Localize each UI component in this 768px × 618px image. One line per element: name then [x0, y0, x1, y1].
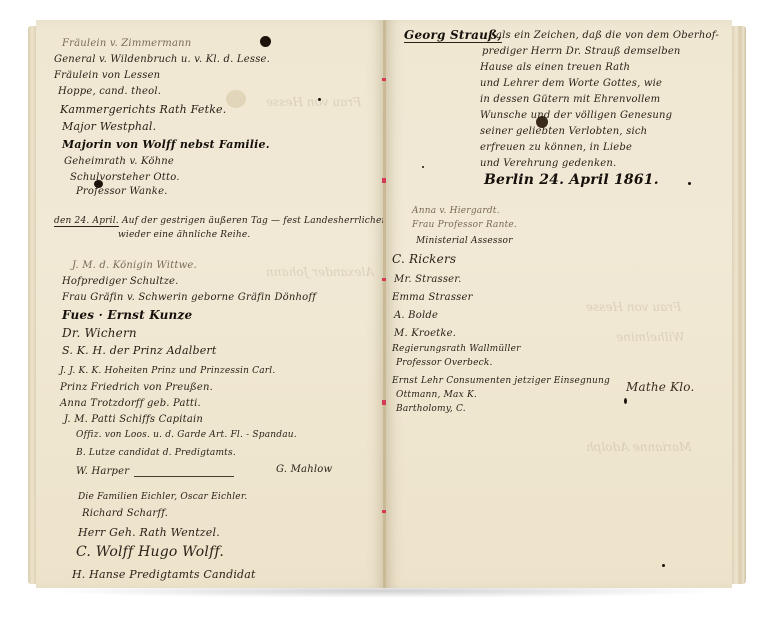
ink-dot [662, 564, 665, 567]
entry-line: J. J. K. K. Hoheiten Prinz und Prinzessi… [60, 366, 275, 376]
right-page: Frau von Hesse Wilhelmine Marianne Adolp… [386, 20, 732, 588]
entry-line: Anna Trotzdorff geb. Patti. [60, 398, 201, 409]
entry-line: Ottmann, Max K. [396, 390, 477, 400]
entry-line: Bartholomy, C. [396, 404, 466, 414]
entry-line: Mr. Strasser. [394, 274, 462, 285]
signature: Georg Strauß, [404, 28, 502, 43]
entry-line: Hofprediger Schultze. [62, 276, 179, 287]
entry-line: Geheimrath v. Köhne [64, 156, 174, 167]
entry-line: Anna v. Hiergardt. [412, 206, 500, 216]
entry-line: Frau Professor Rante. [412, 220, 517, 230]
entry-line: Fräulein v. Zimmermann [62, 38, 191, 49]
entry-line: S. K. H. der Prinz Adalbert [62, 344, 217, 357]
signature-line [134, 476, 234, 477]
right-page-stack [732, 26, 746, 584]
entry-line: Ministerial Assessor [416, 236, 513, 246]
entry-line: A. Bolde [394, 310, 438, 321]
entry-line: Hoppe, cand. theol. [58, 86, 161, 97]
ink-blot [260, 36, 271, 47]
ink-dot [624, 398, 627, 404]
bleed-through-signature: Mathe Klo. [626, 380, 695, 394]
entry-line: Dr. Wichern [62, 326, 137, 340]
entry-line: General v. Wildenbruch u. v. Kl. d. Less… [54, 54, 270, 65]
dedication-line: erfreuen zu können, in Liebe [480, 142, 632, 153]
entry-line: C. Rickers [392, 252, 456, 266]
dedication-line: seiner geliebten Verlobten, sich [480, 126, 647, 137]
dedication-line: in dessen Gütern mit Ehrenvollem [480, 94, 660, 105]
entry-line: W. Harper [76, 466, 129, 477]
dedication-line: prediger Herrn Dr. Strauß demselben [482, 46, 681, 57]
dedication-line: als ein Zeichen, daß die von dem Oberhof… [496, 30, 719, 41]
ink-dot [688, 182, 691, 185]
dedication-line: Wunsche und der völligen Genesung [480, 110, 672, 121]
entry-line: Professor Wanke. [76, 186, 168, 197]
entry-line: Fues · Ernst Kunze [62, 308, 192, 322]
entry-line: J. M. d. Königin Wittwe. [72, 260, 197, 271]
date-label: den 24. April. [54, 216, 119, 227]
entry-line: Die Familien Eichler, Oscar Eichler. [78, 492, 247, 502]
entry-line: Frau Gräfin v. Schwerin geborne Gräfin D… [62, 292, 316, 303]
place-date: Berlin 24. April 1861. [484, 172, 659, 188]
entry-line: Ernst Lehr Consumenten jetziger Einsegnu… [392, 376, 610, 386]
entry-line: Schulvorsteher Otto. [70, 172, 180, 183]
entry-line: Offiz. von Loos. u. d. Garde Art. Fl. - … [76, 430, 297, 440]
paper-stain [226, 90, 246, 108]
entry-line: Professor Overbeck. [396, 358, 493, 368]
entry-line: Kammergerichts Rath Fetke. [60, 103, 226, 116]
dedication-line: Hause als einen treuen Rath [480, 62, 630, 73]
ink-dot [422, 166, 424, 168]
entry-line: G. Mahlow [276, 464, 332, 475]
entry-line: Richard Scharff. [82, 508, 168, 519]
entry-line: C. Wolff Hugo Wolff. [76, 544, 224, 560]
entry-line: B. Lutze candidat d. Predigtamts. [76, 448, 236, 458]
open-book: Frau von Hesse Alexander Johann Fräulein… [28, 20, 746, 588]
entry-line: H. Hanse Predigtamts Candidat [72, 568, 256, 581]
entry-line: J. M. Patti Schiffs Capitain [64, 414, 203, 425]
left-page: Frau von Hesse Alexander Johann Fräulein… [36, 20, 384, 588]
entry-line: Regierungsrath Wallmüller [392, 344, 521, 354]
dedication-line: und Lehrer dem Worte Gottes, wie [480, 78, 662, 89]
entry-line: Prinz Friedrich von Preußen. [60, 382, 213, 393]
entry-line: Major Westphal. [62, 120, 156, 133]
dedication-line: und Verehrung gedenken. [480, 158, 616, 169]
entry-line: Emma Strasser [392, 292, 473, 303]
entry-line: Herr Geh. Rath Wentzel. [78, 526, 220, 539]
entry-line: Fräulein von Lessen [54, 70, 160, 81]
entry-line: M. Kroetke. [394, 328, 456, 339]
date-entry-continued: wieder eine ähnliche Reihe. [118, 230, 250, 240]
entry-line: Majorin von Wolff nebst Familie. [62, 138, 270, 151]
